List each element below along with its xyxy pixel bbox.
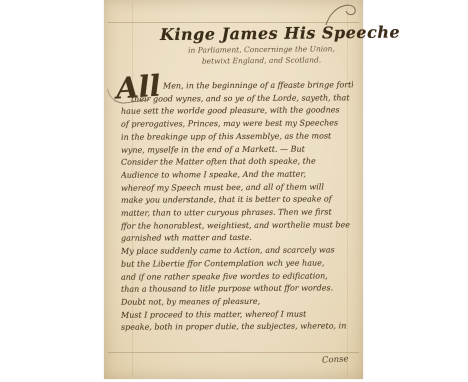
- manuscript-leaf: Kinge James His Speeche in Parliament, C…: [104, 0, 363, 379]
- manuscript-line: matter, than to utter curyous phrases. T…: [121, 206, 353, 220]
- manuscript-line: of prerogatives, Princes, may were best …: [121, 117, 353, 131]
- manuscript-line: Doubt not, by meanes of pleasure,: [121, 295, 353, 309]
- manuscript-line: but the Libertie ffor Contemplation wch …: [121, 257, 353, 271]
- manuscript-line: Men, in the beginninge of a ffeaste brin…: [121, 79, 353, 93]
- manuscript-body: Men, in the beginninge of a ffeaste brin…: [121, 80, 353, 334]
- catchword: Conse: [322, 354, 349, 365]
- manuscript-line: speake, both in proper dutie, the subjec…: [121, 321, 353, 335]
- manuscript-title: Kinge James His Speeche: [160, 23, 358, 44]
- auction-photo-background: Kinge James His Speeche in Parliament, C…: [0, 0, 468, 382]
- manuscript-subtitle-line2: betwixt England, and Scotland.: [164, 55, 359, 66]
- manuscript-line: Audience to whome I speake, And the matt…: [121, 168, 353, 182]
- manuscript-line: in the breakinge upp of this Assemblye, …: [121, 130, 353, 144]
- manuscript-line: My place suddenly came to Action, and sc…: [121, 244, 353, 258]
- ruled-margin-bottom: [108, 352, 359, 353]
- manuscript-subtitle-line1: in Parliament, Concerninge the Union,: [164, 44, 359, 55]
